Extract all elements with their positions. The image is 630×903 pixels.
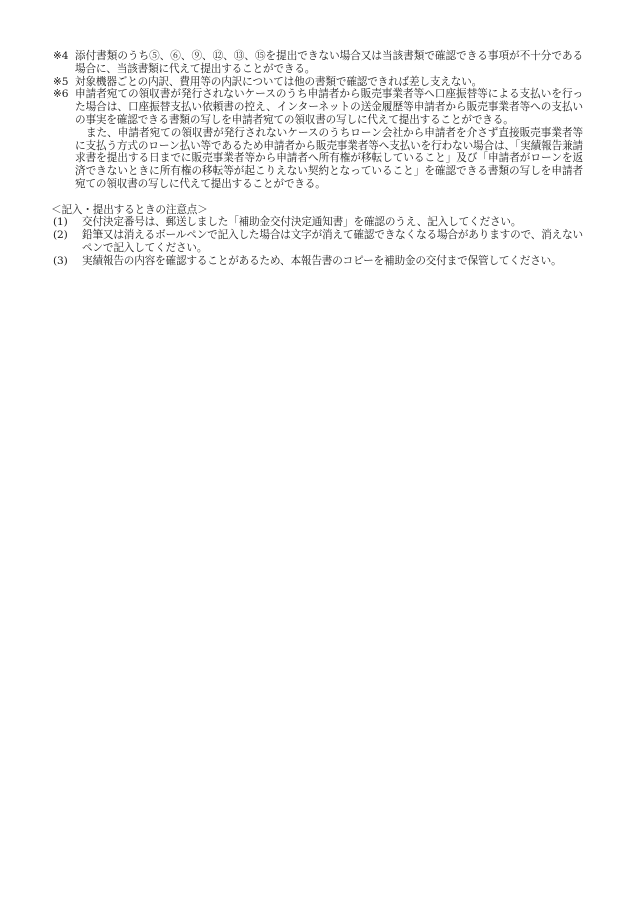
item-text: 交付決定番号は、郵送しました「補助金交付決定通知書」を確認のうえ、記入してくださ… [82, 216, 583, 229]
note-mark: ※5 [53, 76, 75, 89]
note-mark: ※4 [53, 50, 75, 63]
note-4: ※4 添付書類のうち⑤、⑥、⑨、⑫、⑬、⑮を提出できない場合又は当該書類で確認で… [53, 50, 583, 76]
note-text: 申請者宛ての領収書が発行されないケースのうち申請者から販売事業者等へ口座振替等に… [75, 88, 583, 126]
note-text: 対象機器ごとの内訳、費用等の内訳については他の書類で確認できれば差し支えない。 [75, 76, 583, 89]
item-text: 鉛筆又は消えるボールペンで記入した場合は文字が消えて確認できなくなる場合がありま… [82, 229, 583, 255]
instruction-item-1: (1) 交付決定番号は、郵送しました「補助金交付決定通知書」を確認のうえ、記入し… [53, 216, 583, 229]
item-number: (3) [53, 255, 68, 268]
instruction-item-3: (3) 実績報告の内容を確認することがあるため、本報告書のコピーを補助金の交付ま… [53, 255, 583, 268]
note-mark: ※6 [53, 88, 75, 101]
item-number: (1) [53, 216, 68, 229]
note-6: ※6 申請者宛ての領収書が発行されないケースのうち申請者から販売事業者等へ口座振… [53, 88, 583, 190]
note-text: 添付書類のうち⑤、⑥、⑨、⑫、⑬、⑮を提出できない場合又は当該書類で確認できる事… [75, 50, 583, 76]
item-text: 実績報告の内容を確認することがあるため、本報告書のコピーを補助金の交付まで保管し… [82, 255, 583, 268]
note-text-paragraph-2: また、申請者宛ての領収書が発行されないケースのうちローン会社から申請者を介さず直… [75, 127, 583, 191]
instruction-item-2: (2) 鉛筆又は消えるボールペンで記入した場合は文字が消えて確認できなくなる場合… [53, 229, 583, 255]
item-number: (2) [53, 229, 68, 242]
instructions-heading: ＜記入・提出するときの注意点＞ [51, 204, 583, 217]
document-page: ※4 添付書類のうち⑤、⑥、⑨、⑫、⑬、⑮を提出できない場合又は当該書類で確認で… [53, 50, 583, 268]
note-5: ※5 対象機器ごとの内訳、費用等の内訳については他の書類で確認できれば差し支えな… [53, 76, 583, 89]
